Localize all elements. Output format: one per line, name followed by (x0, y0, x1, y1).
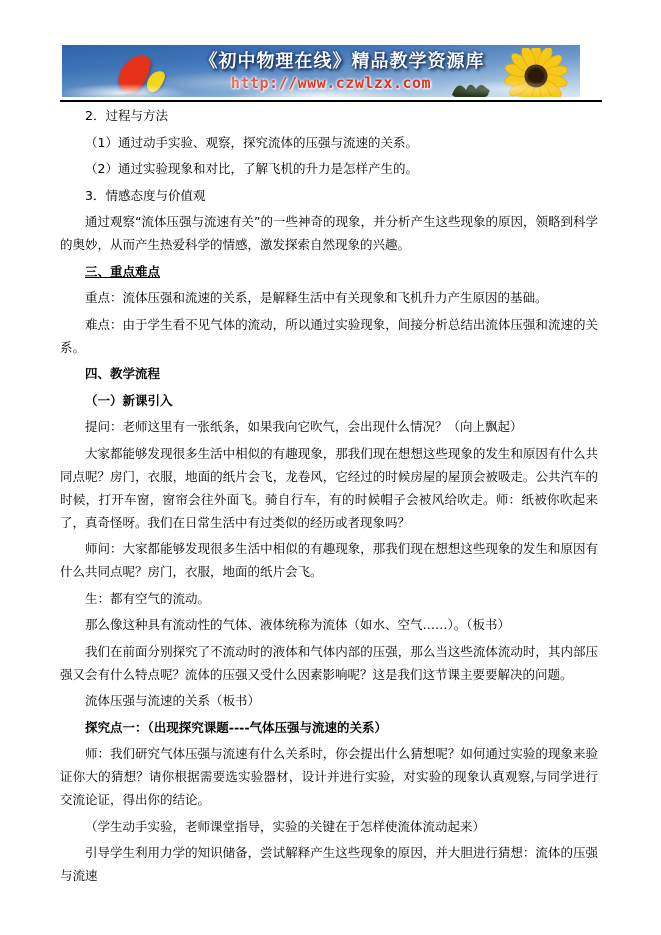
paragraph: 3．情感态度与价值观 (60, 184, 598, 207)
section-heading: （一）新课引入 (60, 389, 598, 412)
paragraph: （学生动手实验，老师课堂指导，实验的关键在于怎样使流体流动起来） (60, 815, 598, 838)
paragraph: 我们在前面分别探究了不流动时的液体和气体内部的压强，那么当这些流体流动时，其内部… (60, 640, 598, 686)
document-body: 2．过程与方法（1）通过动手实验、观察，探究流体的压强与流速的关系。（2）通过实… (60, 104, 598, 891)
paragraph: 通过观察“流体压强与流速有关”的一些神奇的现象，并分析产生这些现象的原因，领略到… (60, 210, 598, 256)
section-heading: 探究点一：（出现探究课题----气体压强与流速的关系） (60, 716, 598, 739)
paragraph: （2）通过实验现象和对比，了解飞机的升力是怎样产生的。 (60, 157, 598, 180)
section-heading: 三、重点难点 (60, 260, 598, 283)
site-url: http://www.czwlzx.com (192, 74, 470, 92)
paragraph: 重点：流体压强和流速的关系，是解释生活中有关现象和飞机升力产生原因的基础。 (60, 286, 598, 309)
paragraph: 引导学生利用力学的知识储备，尝试解释产生这些现象的原因，并大胆进行猜想：流体的压… (60, 841, 598, 887)
sunflower-icon (432, 48, 580, 97)
paragraph: 生：都有空气的流动。 (60, 587, 598, 610)
paragraph: 师问：大家都能够发现很多生活中相似的有趣现象，那我们现在想想这些现象的发生和原因… (60, 537, 598, 583)
paragraph: 流体压强与流速的关系（板书） (60, 689, 598, 712)
paragraph: 2．过程与方法 (60, 104, 598, 127)
section-heading: 四、教学流程 (60, 362, 598, 385)
paragraph: （1）通过动手实验、观察，探究流体的压强与流速的关系。 (60, 131, 598, 154)
site-banner: 《初中物理在线》精品教学资源库 http://www.czwlzx.com (62, 45, 580, 97)
logo-flame-shape (116, 51, 153, 97)
paragraph: 大家都能够发现很多生活中相似的有趣现象，那我们现在想想这些现象的发生和原因有什么… (60, 442, 598, 534)
header-divider (60, 100, 602, 102)
paragraph: 提问：老师这里有一张纸条，如果我向它吹气，会出现什么情况？（向上飘起） (60, 415, 598, 438)
document-page: 《初中物理在线》精品教学资源库 http://www.czwlzx.com (0, 0, 661, 935)
paragraph: 师：我们研究气体压强与流速有什么关系时，你会提出什么猜想呢？如何通过实验的现象来… (60, 742, 598, 811)
paragraph: 那么像这种具有流动性的气体、液体统称为流体（如水、空气……）。（板书） (60, 613, 598, 636)
paragraph: 难点：由于学生看不见气体的流动，所以通过实验现象，间接分析总结出流体压强和流速的… (60, 313, 598, 359)
